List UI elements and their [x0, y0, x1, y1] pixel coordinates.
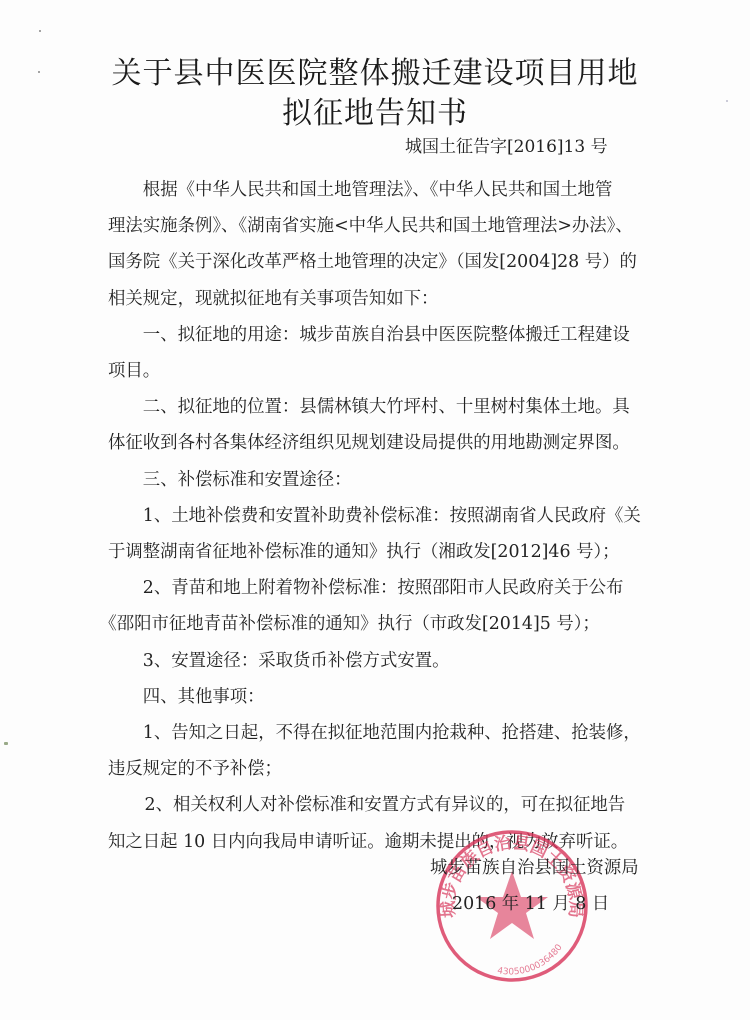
text-line: 《邵阳市征地青苗补偿标准的通知》执行（市政发[2014]5 号）；	[99, 606, 636, 642]
scan-speck	[39, 30, 41, 32]
svg-text:4305000036480: 4305000036480	[496, 943, 564, 978]
text-line: 相关规定，现就拟征地有关事项告知如下：	[108, 281, 636, 317]
scan-speck	[4, 742, 8, 745]
scan-speck	[38, 71, 40, 73]
text-line: 于调整湖南省征地补偿标准的通知》执行（湘政发[2012]46 号）；	[108, 534, 636, 570]
text-line: 国务院《关于深化改革严格土地管理的决定》（国发[2004]28 号）的	[108, 244, 636, 280]
text-line: 2、相关权利人对补偿标准和安置方式有异议的，可在拟征地告	[108, 787, 636, 823]
section-1-land-use: 一、拟征地的用途：城步苗族自治县中医医院整体搬迁工程建设 项目。	[108, 317, 636, 389]
signature-block: 城步苗族自治县国土资源局 2016 年 11 月 8 日	[430, 850, 639, 922]
document-title-line-1: 关于县中医医院整体搬迁建设项目用地	[100, 48, 650, 92]
intro-paragraph: 根据《中华人民共和国土地管理法》、《中华人民共和国土地管 理法实施条例》、《湖南…	[108, 172, 636, 317]
section-2-land-location: 二、拟征地的位置：县儒林镇大竹坪村、十里树村集体土地。具 体征收到各村各集体经济…	[108, 389, 636, 461]
section-4-other-matters: 四、其他事项： 1、告知之日起，不得在拟征地范围内抢栽种、抢搭建、抢装修， 违反…	[108, 679, 636, 860]
text-line: 1、土地补偿费和安置补助费补偿标准：按照湖南省人民政府《关	[108, 498, 636, 534]
text-line: 根据《中华人民共和国土地管理法》、《中华人民共和国土地管	[108, 172, 636, 208]
scanned-document-page: 关于县中医医院整体搬迁建设项目用地 拟征地告知书 城国土征告字[2016]13 …	[0, 0, 750, 1020]
text-line: 理法实施条例》、《湖南省实施<中华人民共和国土地管理法>办法》、	[108, 208, 636, 244]
text-line: 1、告知之日起，不得在拟征地范围内抢栽种、抢搭建、抢装修，	[108, 715, 636, 751]
text-line: 2、青苗和地上附着物补偿标准：按照邵阳市人民政府关于公布	[108, 570, 636, 606]
section-3-compensation: 三、补偿标准和安置途径： 1、土地补偿费和安置补助费补偿标准：按照湖南省人民政府…	[108, 462, 636, 679]
scan-speck	[726, 100, 728, 102]
section-heading: 四、其他事项：	[108, 679, 636, 715]
text-line: 3、安置途径：采取货币补偿方式安置。	[108, 643, 636, 679]
document-title-line-2: 拟征地告知书	[100, 88, 650, 132]
document-reference-number: 城国土征告字[2016]13 号	[405, 132, 608, 157]
issuing-authority: 城步苗族自治县国土资源局	[430, 850, 639, 886]
issue-date: 2016 年 11 月 8 日	[430, 886, 639, 922]
section-heading: 三、补偿标准和安置途径：	[108, 462, 636, 498]
text-line: 二、拟征地的位置：县儒林镇大竹坪村、十里树村集体土地。具	[108, 389, 636, 425]
text-line: 项目。	[108, 353, 636, 389]
document-body: 根据《中华人民共和国土地管理法》、《中华人民共和国土地管 理法实施条例》、《湖南…	[108, 172, 636, 860]
text-line: 一、拟征地的用途：城步苗族自治县中医医院整体搬迁工程建设	[108, 317, 636, 353]
stamp-code: 4305000036480	[496, 943, 564, 978]
text-line: 违反规定的不予补偿；	[108, 751, 636, 787]
text-line: 体征收到各村各集体经济组织见规划建设局提供的用地勘测定界图。	[108, 425, 636, 461]
